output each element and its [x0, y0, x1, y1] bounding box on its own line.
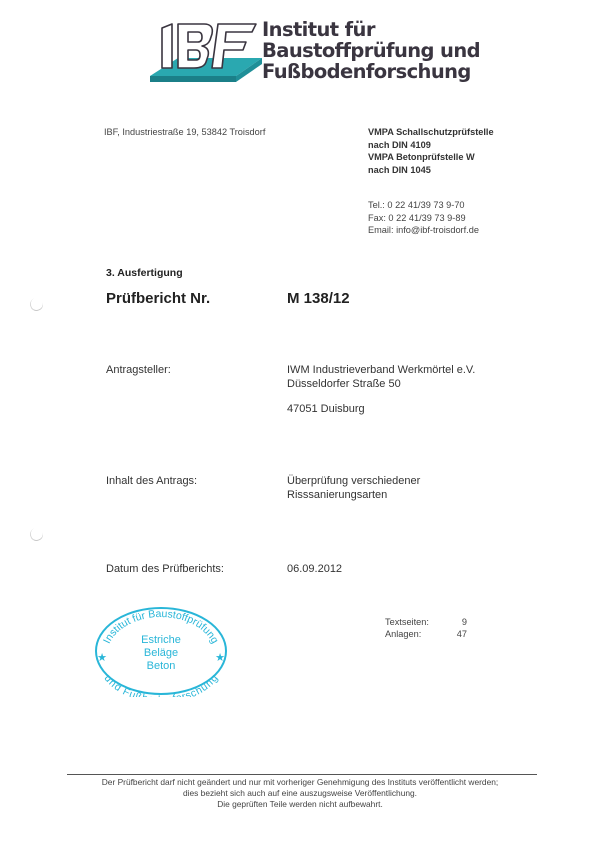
- attachments-row: Anlagen: 47: [385, 628, 467, 640]
- email: Email: info@ibf-troisdorf.de: [368, 224, 479, 237]
- text-pages-row: Textseiten: 9: [385, 616, 467, 628]
- page-counts: Textseiten: 9 Anlagen: 47: [385, 616, 467, 640]
- accreditation-line: VMPA Betonprüfstelle W: [368, 151, 494, 164]
- copy-label: 3. Ausfertigung: [106, 267, 183, 279]
- institute-stamp: Institut für Baustoffprüfung und Fußbode…: [93, 605, 229, 697]
- accreditations: VMPA Schallschutzprüfstelle nach DIN 410…: [368, 126, 494, 176]
- institute-name-line: Baustoffprüfung und: [262, 40, 480, 61]
- attachments-value: 47: [443, 628, 467, 640]
- content-line: Überprüfung verschiedener: [287, 475, 420, 489]
- sender-address: IBF, Industriestraße 19, 53842 Troisdorf: [104, 126, 265, 138]
- text-pages-value: 9: [443, 616, 467, 628]
- institute-name-line: Institut für: [262, 19, 480, 40]
- content-label: Inhalt des Antrags:: [106, 475, 197, 487]
- institute-name-line: Fußbodenforschung: [262, 61, 480, 82]
- contact-info: Tel.: 0 22 41/39 73 9-70 Fax: 0 22 41/39…: [368, 199, 479, 237]
- applicant-label: Antragsteller:: [106, 364, 171, 376]
- content-line: Risssanierungsarten: [287, 489, 420, 503]
- phone: Tel.: 0 22 41/39 73 9-70: [368, 199, 479, 212]
- applicant-name: IWM Industrieverband Werkmörtel e.V.: [287, 364, 475, 378]
- punch-hole-mark: [28, 526, 45, 543]
- report-number: M 138/12: [287, 290, 350, 307]
- applicant-street: Düsseldorfer Straße 50: [287, 378, 475, 392]
- accreditation-line: nach DIN 4109: [368, 139, 494, 152]
- accreditation-line: nach DIN 1045: [368, 164, 494, 177]
- star-icon: ★: [97, 652, 107, 664]
- institute-name: Institut für Baustoffprüfung und Fußbode…: [262, 19, 480, 82]
- stamp-line: Estriche: [141, 634, 181, 646]
- stamp-line: Beton: [147, 660, 176, 672]
- applicant-city: 47051 Duisburg: [287, 403, 365, 417]
- stamp-line: Beläge: [144, 647, 178, 659]
- attachments-label: Anlagen:: [385, 628, 443, 640]
- accreditation-line: VMPA Schallschutzprüfstelle: [368, 126, 494, 139]
- footer-line: Der Prüfbericht darf nicht geändert und …: [50, 777, 550, 788]
- date-label: Datum des Prüfberichts:: [106, 563, 224, 575]
- report-date: 06.09.2012: [287, 563, 342, 577]
- fax: Fax: 0 22 41/39 73 9-89: [368, 212, 479, 225]
- applicant-value: IWM Industrieverband Werkmörtel e.V. Düs…: [287, 364, 475, 391]
- footer-line: dies bezieht sich auch auf eine auszugsw…: [50, 788, 550, 799]
- star-icon: ★: [215, 652, 225, 664]
- text-pages-label: Textseiten:: [385, 616, 443, 628]
- report-title: Prüfbericht Nr.: [106, 290, 210, 307]
- ibf-logo-icon: [148, 18, 263, 86]
- footer-divider: [67, 774, 537, 775]
- footer-line: Die geprüften Teile werden nicht aufbewa…: [50, 799, 550, 810]
- punch-hole-mark: [28, 296, 45, 313]
- content-value: Überprüfung verschiedener Risssanierungs…: [287, 475, 420, 502]
- footer-notice: Der Prüfbericht darf nicht geändert und …: [50, 777, 550, 810]
